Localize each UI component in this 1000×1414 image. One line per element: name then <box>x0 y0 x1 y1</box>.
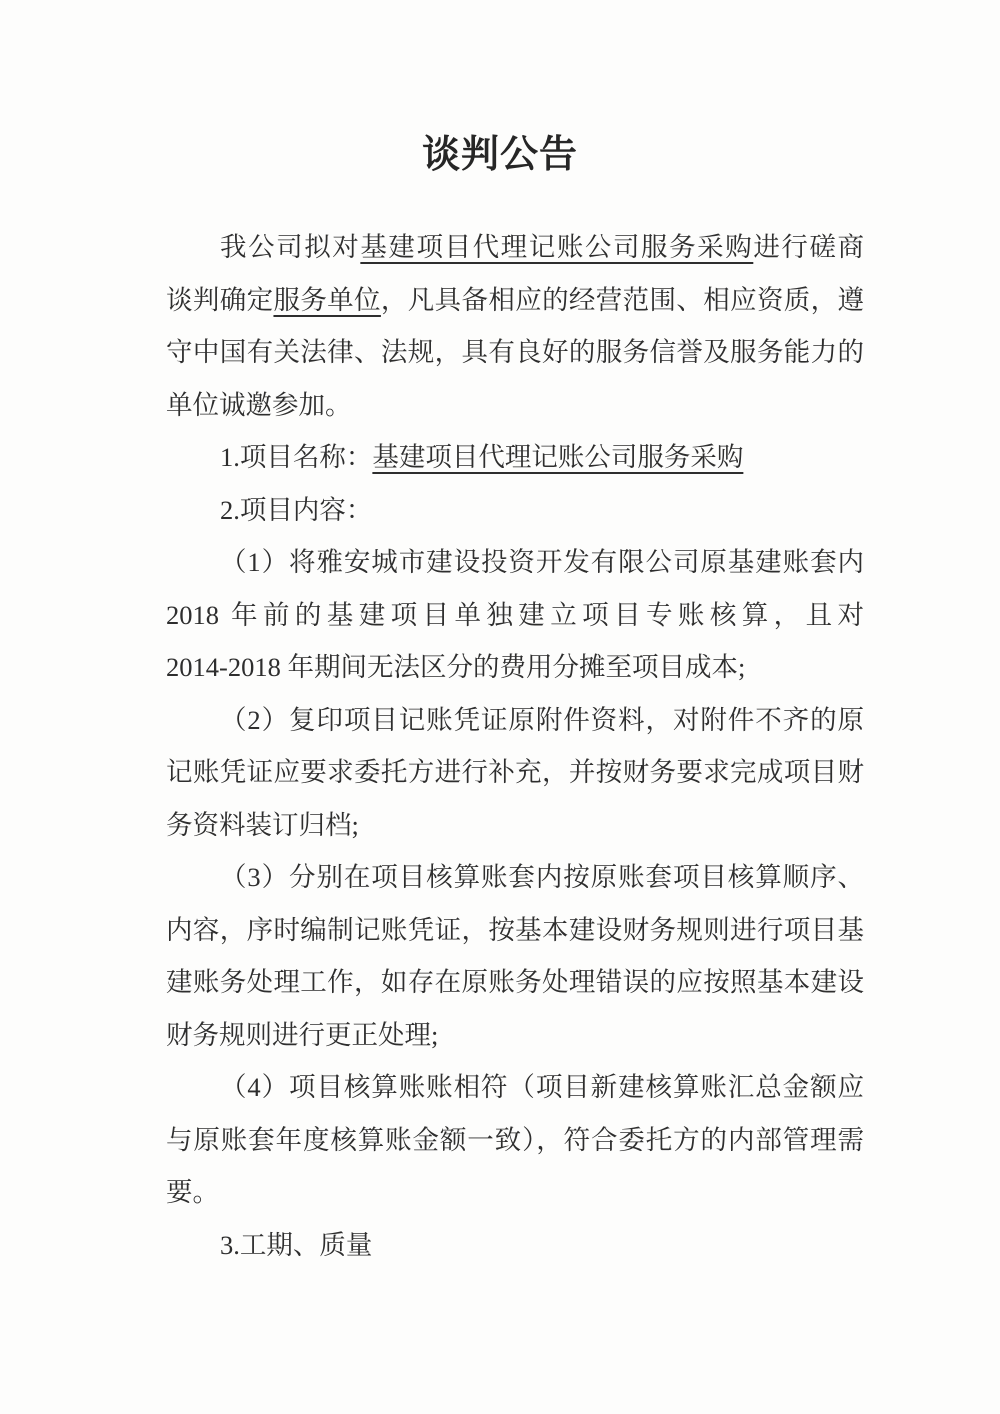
text-segment: （4）项目核算账账相符（项目新建核算账汇总金额应 <box>220 1072 864 1102</box>
text-segment: 建账务处理工作，如存在原账务处理错误的应按照基本建设 <box>166 967 864 997</box>
text-line: 务资料装订归档; <box>166 799 864 852</box>
text-line: 内容，序时编制记账凭证，按基本建设财务规则进行项目基 <box>166 904 864 957</box>
paragraph-item-2-project-content: 2.项目内容： <box>166 484 864 537</box>
paragraph-intro: 我公司拟对基建项目代理记账公司服务采购进行磋商谈判确定服务单位，凡具备相应的经营… <box>166 221 864 431</box>
text-line: （4）项目核算账账相符（项目新建核算账汇总金额应 <box>166 1061 864 1114</box>
document-page: 谈判公告 我公司拟对基建项目代理记账公司服务采购进行磋商谈判确定服务单位，凡具备… <box>0 0 1000 1414</box>
paragraph-content-item-2: （2）复印项目记账凭证原附件资料，对附件不齐的原记账凭证应要求委托方进行补充，并… <box>166 694 864 852</box>
text-line: 3.工期、质量 <box>166 1219 864 1272</box>
text-segment: （1）将雅安城市建设投资开发有限公司原基建账套内 <box>220 547 864 577</box>
text-segment: 财务规则进行更正处理; <box>166 1020 438 1050</box>
text-segment: 谈判确定 <box>166 285 273 315</box>
text-line: 2014-2018 年期间无法区分的费用分摊至项目成本; <box>166 641 864 694</box>
text-line: （1）将雅安城市建设投资开发有限公司原基建账套内 <box>166 536 864 589</box>
underlined-text: 服务单位 <box>273 285 380 315</box>
text-segment: 内容，序时编制记账凭证，按基本建设财务规则进行项目基 <box>166 915 864 945</box>
text-line: 守中国有关法律、法规，具有良好的服务信誉及服务能力的 <box>166 326 864 379</box>
paragraph-content-item-4: （4）项目核算账账相符（项目新建核算账汇总金额应与原账套年度核算账金额一致），符… <box>166 1061 864 1219</box>
paragraph-content-item-1: （1）将雅安城市建设投资开发有限公司原基建账套内2018 年前的基建项目单独建立… <box>166 536 864 694</box>
text-segment: ，凡具备相应的经营范围、相应资质，遵 <box>381 285 864 315</box>
text-segment: 我公司拟对 <box>220 232 360 262</box>
text-segment: 1.项目名称： <box>220 442 372 472</box>
text-line: （3）分别在项目核算账套内按原账套项目核算顺序、 <box>166 851 864 904</box>
text-segment: 3.工期、质量 <box>220 1230 372 1260</box>
text-segment: 2.项目内容： <box>220 495 372 525</box>
paragraph-item-1-project-name: 1.项目名称：基建项目代理记账公司服务采购 <box>166 431 864 484</box>
document-title: 谈判公告 <box>0 0 1000 183</box>
text-segment: 与原账套年度核算账金额一致），符合委托方的内部管理需 <box>166 1125 864 1155</box>
text-line: 单位诚邀参加。 <box>166 379 864 432</box>
text-line: 建账务处理工作，如存在原账务处理错误的应按照基本建设 <box>166 956 864 1009</box>
document-body: 我公司拟对基建项目代理记账公司服务采购进行磋商谈判确定服务单位，凡具备相应的经营… <box>166 221 864 1271</box>
text-segment: 务资料装订归档; <box>166 810 359 840</box>
text-line: 财务规则进行更正处理; <box>166 1009 864 1062</box>
text-line: 2018 年前的基建项目单独建立项目专账核算，且对 <box>166 589 864 642</box>
text-segment: 进行磋商 <box>753 232 864 262</box>
text-line: 2.项目内容： <box>166 484 864 537</box>
paragraph-item-3-schedule-quality: 3.工期、质量 <box>166 1219 864 1272</box>
text-segment: 2014-2018 年期间无法区分的费用分摊至项目成本; <box>166 652 745 682</box>
text-line: 谈判确定服务单位，凡具备相应的经营范围、相应资质，遵 <box>166 274 864 327</box>
text-line: 要。 <box>166 1166 864 1219</box>
text-line: （2）复印项目记账凭证原附件资料，对附件不齐的原 <box>166 694 864 747</box>
text-line: 与原账套年度核算账金额一致），符合委托方的内部管理需 <box>166 1114 864 1167</box>
text-segment: 守中国有关法律、法规，具有良好的服务信誉及服务能力的 <box>166 337 864 367</box>
text-segment: 记账凭证应要求委托方进行补充，并按财务要求完成项目财 <box>166 757 864 787</box>
text-segment: 2018 年前的基建项目单独建立项目专账核算，且对 <box>166 600 864 630</box>
text-line: 1.项目名称：基建项目代理记账公司服务采购 <box>166 431 864 484</box>
text-line: 记账凭证应要求委托方进行补充，并按财务要求完成项目财 <box>166 746 864 799</box>
paragraph-content-item-3: （3）分别在项目核算账套内按原账套项目核算顺序、内容，序时编制记账凭证，按基本建… <box>166 851 864 1061</box>
text-segment: （2）复印项目记账凭证原附件资料，对附件不齐的原 <box>220 705 864 735</box>
underlined-text: 基建项目代理记账公司服务采购 <box>372 442 743 472</box>
text-line: 我公司拟对基建项目代理记账公司服务采购进行磋商 <box>166 221 864 274</box>
underlined-text: 基建项目代理记账公司服务采购 <box>360 232 753 262</box>
text-segment: 单位诚邀参加。 <box>166 390 352 420</box>
text-segment: 要。 <box>166 1177 219 1207</box>
text-segment: （3）分别在项目核算账套内按原账套项目核算顺序、 <box>220 862 864 892</box>
